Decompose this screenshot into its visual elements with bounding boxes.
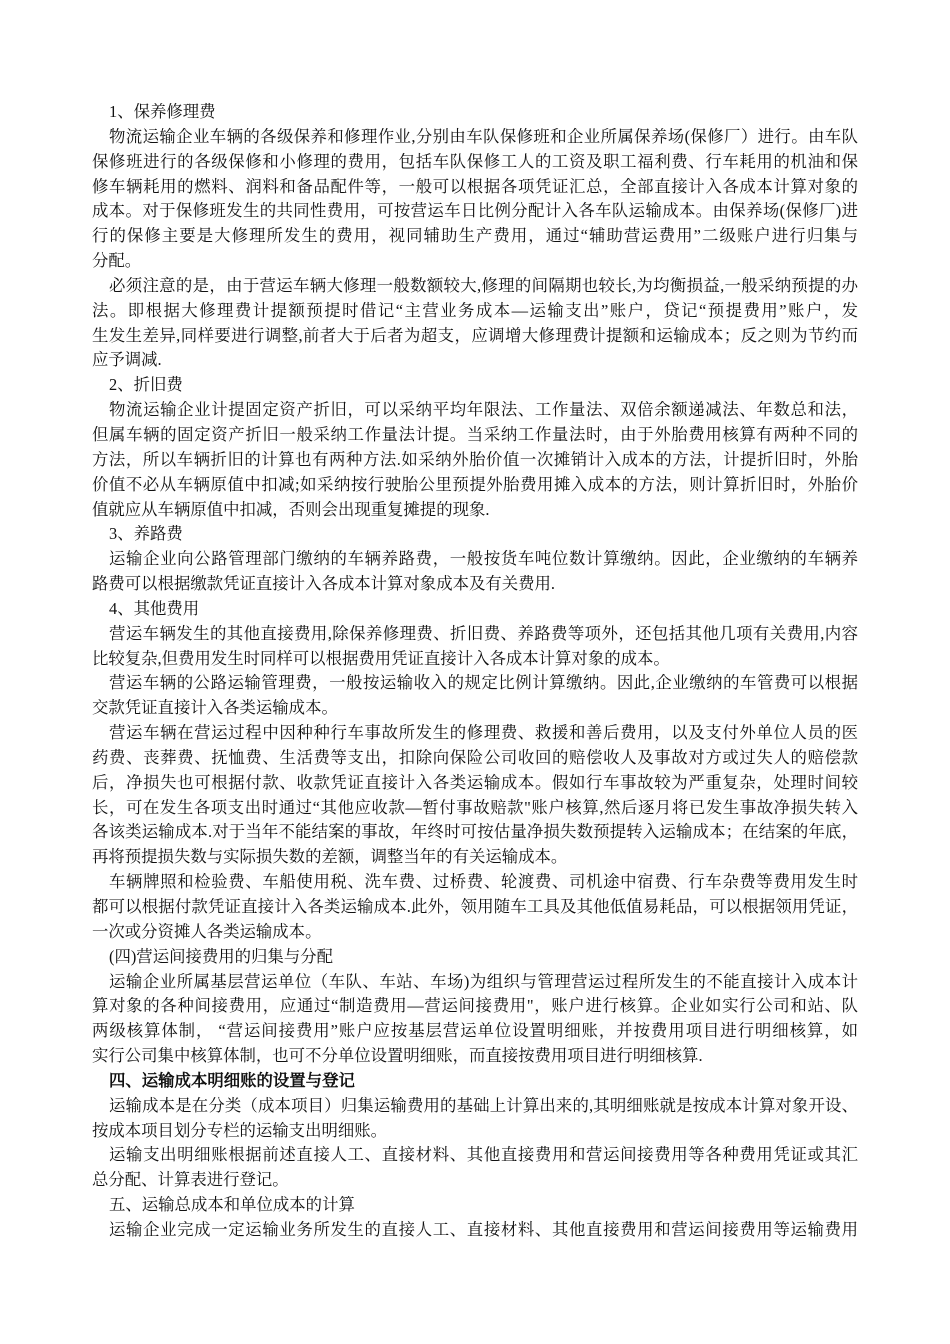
text-line: 物流运输企业车辆的各级保养和修理作业,分别由车队保修班和企业所属保养场(保修厂）… [92,125,858,150]
text-line: 各该类运输成本.对于当年不能结案的事故，年终时可按估量净损失数预提转入运输成本；… [92,820,858,845]
text-line: 车辆牌照和检验费、车船使用税、洗车费、过桥费、轮渡费、司机途中宿费、行车杂费等费… [92,870,858,895]
section-heading-road-maintenance-fee: 3、养路费 [92,522,858,547]
paragraph-major-repair-accrual: 必须注意的是，由于营运车辆大修理一般数额较大,修理的间隔期也较长,为均衡损益,一… [92,274,858,373]
text-line: 比较复杂,但费用发生时同样可以根据费用凭证直接计入各成本计算对象的成本。 [92,647,858,672]
text-line: 生发生差异,同样要进行调整,前者大于后者为超支，应调增大修理费计提额和运输成本；… [92,324,858,349]
text-line: 行的保修主要是大修理所发生的费用，视同辅助生产费用，通过“辅助营运费用”二级账户… [92,224,858,249]
paragraph-indirect-costs: 运输企业所属基层营运单位（车队、车站、车场)为组织与管理营运过程所发生的不能直接… [92,970,858,1069]
text-line: 保修班进行的各级保修和小修理的费用，包括车队保修工人的工资及职工福利费、行车耗用… [92,150,858,175]
document-page: 1、保养修理费 物流运输企业车辆的各级保养和修理作业,分别由车队保修班和企业所属… [0,0,950,1344]
text-line: 算对象的各种间接费用，应通过“制造费用—营运间接费用"，账户进行核算。企业如实行… [92,994,858,1019]
paragraph-cost-ledger-registration: 运输支出明细账根据前述直接人工、直接材料、其他直接费用和营运间接费用等各种费用凭… [92,1143,858,1193]
text-line: 实行公司集中核算体制，也可不分单位设置明细账，而直接按费用项目进行明细核算. [92,1044,858,1069]
text-line: 长，可在发生各项支出时通过“其他应收款—暂付事故赔款"账户核算,然后逐月将已发生… [92,796,858,821]
text-line: 价值不必从车辆原值中扣减;如采纳按行驶胎公里预提外胎费用摊入成本的方法，则计算折… [92,473,858,498]
text-line: 物流运输企业计提固定资产折旧，可以采纳平均年限法、工作量法、双倍余额递减法、年数… [92,398,858,423]
text-line: 修车辆耗用的燃料、润料和备品配件等，一般可以根据各项凭证汇总，全部直接计入各成本… [92,175,858,200]
paragraph-transport-management-fee: 营运车辆的公路运输管理费，一般按运输收入的规定比例计算缴纳。因此,企业缴纳的车管… [92,671,858,721]
text-line: 方法，所以车辆折旧的计算也有两种方法.如采纳外胎价值一次摊销计入成本的方法，计提… [92,448,858,473]
paragraph-total-unit-cost: 运输企业完成一定运输业务所发生的直接人工、直接材料、其他直接费用和营运间接费用等… [92,1218,858,1243]
text-line: 值就应从车辆原值中扣减，否则会出现重复摊提的现象. [92,498,858,523]
text-line: 营运车辆在营运过程中因种种行车事故所发生的修理费、救援和善后费用，以及支付外单位… [92,721,858,746]
section-heading-indirect-costs: (四)营运间接费用的归集与分配 [92,945,858,970]
paragraph-depreciation: 物流运输企业计提固定资产折旧，可以采纳平均年限法、工作量法、双倍余额递减法、年数… [92,398,858,522]
text-line: 运输企业完成一定运输业务所发生的直接人工、直接材料、其他直接费用和营运间接费用等… [92,1218,858,1243]
text-line: 营运车辆的公路运输管理费，一般按运输收入的规定比例计算缴纳。因此,企业缴纳的车管… [92,671,858,696]
text-line: 路费可以根据缴款凭证直接计入各成本计算对象成本及有关费用. [92,572,858,597]
text-line: 都可以根据付款凭证直接计入各类运输成本.此外，领用随车工具及其他低值易耗品，可以… [92,895,858,920]
text-line: 营运车辆发生的其他直接费用,除保养修理费、折旧费、养路费等项外，还包括其他几项有… [92,622,858,647]
text-line: 一次或分资摊人各类运输成本。 [92,920,858,945]
section-heading-maintenance: 1、保养修理费 [92,100,858,125]
paragraph-other-direct-expenses: 营运车辆发生的其他直接费用,除保养修理费、折旧费、养路费等项外，还包括其他几项有… [92,622,858,672]
section-heading-depreciation: 2、折旧费 [92,373,858,398]
text-line: 运输支出明细账根据前述直接人工、直接材料、其他直接费用和营运间接费用等各种费用凭… [92,1143,858,1168]
text-line: 再将预提损失数与实际损失数的差额，调整当年的有关运输成本。 [92,845,858,870]
text-line: 后，净损失也可根据付款、收款凭证直接计入各类运输成本。假如行车事故较为严重复杂，… [92,771,858,796]
text-line: 必须注意的是，由于营运车辆大修理一般数额较大,修理的间隔期也较长,为均衡损益,一… [92,274,858,299]
paragraph-maintenance-intro: 物流运输企业车辆的各级保养和修理作业,分别由车队保修班和企业所属保养场(保修厂）… [92,125,858,274]
text-line: 应予调减. [92,348,858,373]
text-line: 法。即根据大修理费计提额预提时借记“主营业务成本—运输支出”账户，贷记“预提费用… [92,299,858,324]
paragraph-road-maintenance-fee: 运输企业向公路管理部门缴纳的车辆养路费，一般按货车吨位数计算缴纳。因此，企业缴纳… [92,547,858,597]
text-line: 成本。对于保修班发生的共同性费用，可按营运车日比例分配计入各车队运输成本。由保养… [92,199,858,224]
paragraph-accident-losses: 营运车辆在营运过程中因种种行车事故所发生的修理费、救援和善后费用，以及支付外单位… [92,721,858,870]
section-heading-other-expenses: 4、其他费用 [92,597,858,622]
chapter-heading-cost-ledger: 四、运输成本明细账的设置与登记 [92,1069,858,1094]
text-line: 运输企业所属基层营运单位（车队、车站、车场)为组织与管理营运过程所发生的不能直接… [92,970,858,995]
text-line: 运输企业向公路管理部门缴纳的车辆养路费，一般按货车吨位数计算缴纳。因此，企业缴纳… [92,547,858,572]
text-line: 运输成本是在分类（成本项目）归集运输费用的基础上计算出来的,其明细账就是按成本计… [92,1094,858,1119]
text-line: 按成本项目划分专栏的运输支出明细账。 [92,1119,858,1144]
chapter-heading-total-unit-cost: 五、运输总成本和单位成本的计算 [92,1193,858,1218]
paragraph-license-and-misc-fees: 车辆牌照和检验费、车船使用税、洗车费、过桥费、轮渡费、司机途中宿费、行车杂费等费… [92,870,858,945]
document-body: 1、保养修理费 物流运输企业车辆的各级保养和修理作业,分别由车队保修班和企业所属… [92,100,858,1243]
text-line: 交款凭证直接计入各类运输成本。 [92,696,858,721]
text-line: 两级核算体制， “营运间接费用”账户应按基层营运单位设置明细账，并按费用项目进行… [92,1019,858,1044]
text-line: 分配。 [92,249,858,274]
text-line: 药费、丧葬费、抚恤费、生活费等支出，扣除向保险公司收回的赔偿收人及事故对方或过失… [92,746,858,771]
text-line: 但属车辆的固定资产折旧一般采纳工作量法计提。当采纳工作量法时，由于外胎费用核算有… [92,423,858,448]
paragraph-cost-ledger-definition: 运输成本是在分类（成本项目）归集运输费用的基础上计算出来的,其明细账就是按成本计… [92,1094,858,1144]
text-line: 总分配、计算表进行登记。 [92,1168,858,1193]
